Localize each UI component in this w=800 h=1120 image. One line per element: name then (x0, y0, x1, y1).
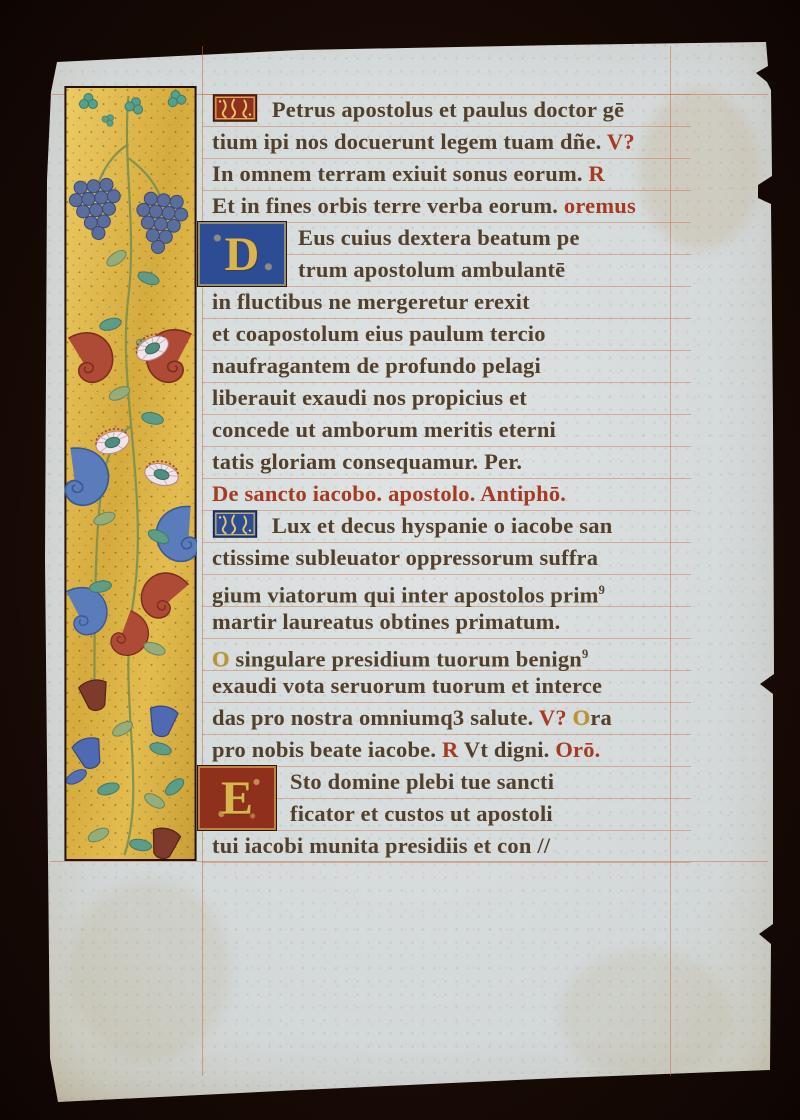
text-line: martir laureatus obtines primatum. (202, 606, 680, 638)
text-segment: gium viatorum qui inter apostolos prim (212, 583, 599, 608)
text-line: et coapostolum eius paulum tercio (202, 318, 680, 350)
text-segment: pro nobis beate iacobe. (212, 737, 442, 762)
text-segment: martir laureatus obtines primatum. (212, 609, 560, 634)
text-line: liberauit exaudi nos propicius et (202, 382, 680, 414)
text-segment: // (532, 833, 551, 858)
square-initial-red (212, 94, 258, 120)
text-line: concede ut amborum meritis eterni (202, 414, 680, 446)
text-line: Lux et decus hyspanie o iacobe san (202, 510, 680, 542)
text-segment: Lux et decus hyspanie o iacobe san (272, 513, 613, 538)
text-line: tium ipi nos docuerunt legem tuam dñe. V… (202, 126, 680, 158)
text-line: tui iacobi munita presidiis et con // (202, 830, 680, 862)
text-line: O singulare presidium tuorum benign9 (202, 638, 680, 670)
text-segment: das pro nostra omniumq3 salute. (212, 705, 539, 730)
initial-e: E (198, 766, 276, 830)
text-segment: tatis gloriam consequamur. Per. (212, 449, 522, 474)
text-line: pro nobis beate iacobe. R Vt digni. Orō. (202, 734, 680, 766)
text-segment: ctissime subleuator oppressorum suffra (212, 545, 598, 570)
text-segment: Orō. (555, 737, 600, 762)
text-line: Et in fines orbis terre verba eorum. ore… (202, 190, 680, 222)
text-segment: V? (607, 129, 635, 154)
text-line: gium viatorum qui inter apostolos prim9 (202, 574, 680, 606)
text-segment: in fluctibus ne mergeretur erexit (212, 289, 530, 314)
text-line: De sancto iacobo. apostolo. Antiphō. (202, 478, 680, 510)
text-segment: V? (539, 705, 573, 730)
text-segment: liberauit exaudi nos propicius et (212, 385, 527, 410)
text-segment: 9 (599, 583, 605, 597)
text-segment: Sto domine plebi tue sancti (290, 769, 554, 794)
text-segment: 9 (582, 647, 588, 661)
text-segment: De sancto iacobo. apostolo. Antiphō. (212, 481, 566, 506)
text-line: das pro nostra omniumq3 salute. V? Ora (202, 702, 680, 734)
text-segment: et coapostolum eius paulum tercio (212, 321, 546, 346)
initial-d: D (198, 222, 286, 286)
text-segment: O (573, 705, 591, 730)
text-segment: In omnem terram exiuit sonus eorum. (212, 161, 589, 186)
text-segment: singulare presidium tuorum benign (230, 647, 582, 672)
text-segment: Eus cuius dextera beatum pe (298, 225, 580, 250)
text-line: exaudi vota seruorum tuorum et interce (202, 670, 680, 702)
text-segment: Et in fines orbis terre verba eorum. (212, 193, 564, 218)
square-initial-blue (212, 510, 258, 536)
text-segment: tium ipi nos docuerunt legem tuam dñe. (212, 129, 607, 154)
text-segment: R (589, 161, 605, 186)
photo-background: D E Petrus apostolus et paulus doctor gē… (0, 0, 800, 1120)
text-segment: Vt digni. (464, 737, 555, 762)
text-segment: naufragantem de profundo pelagi (212, 353, 541, 378)
parchment-stain (70, 880, 230, 1060)
text-segment: trum apostolum ambulantē (298, 257, 565, 282)
text-segment: oremus (564, 193, 636, 218)
text-segment: R (442, 737, 464, 762)
text-segment: Petrus apostolus et paulus doctor gē (272, 97, 624, 122)
text-segment: exaudi vota seruorum tuorum et interce (212, 673, 602, 698)
text-segment: concede ut amborum meritis eterni (212, 417, 556, 442)
text-line: In omnem terram exiuit sonus eorum. R (202, 158, 680, 190)
text-segment: tui iacobi munita presidiis et con (212, 833, 532, 858)
text-line: tatis gloriam consequamur. Per. (202, 446, 680, 478)
text-segment: ra (590, 705, 612, 730)
text-segment: O (212, 647, 230, 672)
text-line: naufragantem de profundo pelagi (202, 350, 680, 382)
parchment-stain (560, 950, 730, 1080)
text-segment: ficator et custos ut apostoli (290, 801, 553, 826)
border-panel (64, 86, 197, 861)
text-line: Petrus apostolus et paulus doctor gē (202, 94, 680, 126)
text-line: in fluctibus ne mergeretur erexit (202, 286, 680, 318)
text-line: ctissime subleuator oppressorum suffra (202, 542, 680, 574)
text-column: D E Petrus apostolus et paulus doctor gē… (202, 94, 680, 862)
